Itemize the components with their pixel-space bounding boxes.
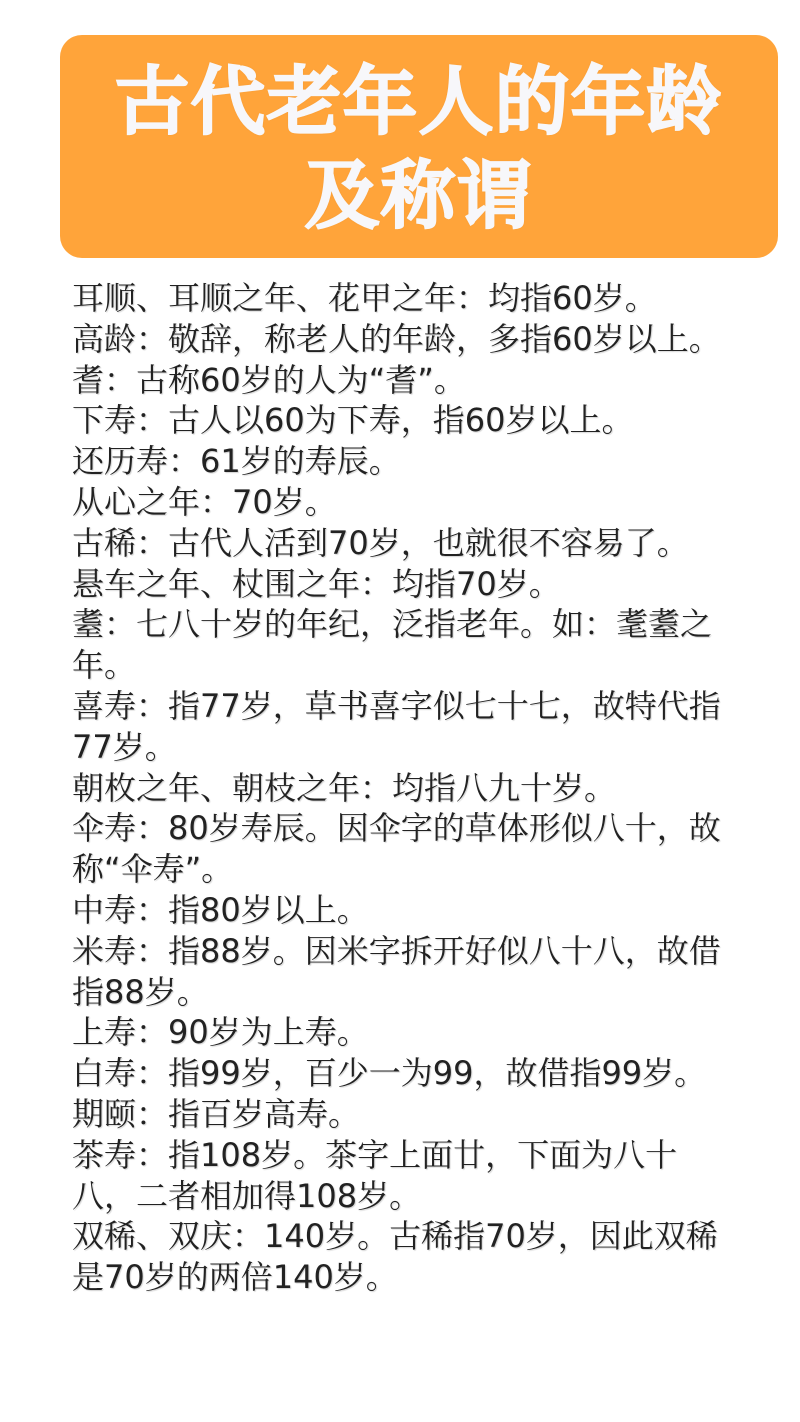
entry-xiShou: 喜寿：指77岁，草书喜字似七十七，故特代指77岁。 (72, 686, 732, 768)
entry-zhongShou: 中寿：指80岁以上。 (72, 890, 732, 931)
entry-congXin: 从心之年：70岁。 (72, 482, 732, 523)
entry-xiaShou: 下寿：古人以60为下寿，指60岁以上。 (72, 400, 732, 441)
title-line-2: 及称谓 (305, 149, 533, 243)
title-line-1: 古代老年人的年龄 (115, 55, 723, 149)
entry-sanShou: 伞寿：80岁寿辰。因伞字的草体形似八十，故称“伞寿”。 (72, 808, 732, 890)
entry-chaoMei: 朝枚之年、朝枝之年：均指八九十岁。 (72, 768, 732, 809)
entry-chaShou: 茶寿：指108岁。茶字上面廿，下面为八十八，二者相加得108岁。 (72, 1135, 732, 1217)
entry-huanLiShou: 还历寿：61岁的寿辰。 (72, 441, 732, 482)
entry-qiYi: 期颐：指百岁高寿。 (72, 1094, 732, 1135)
entry-baiShou: 白寿：指99岁，百少一为99，故借指99岁。 (72, 1053, 732, 1094)
entry-die: 耋：七八十岁的年纪，泛指老年。如：耄耋之年。 (72, 604, 732, 686)
entry-xuanChe: 悬车之年、杖围之年：均指70岁。 (72, 564, 732, 605)
entry-shangShou: 上寿：90岁为上寿。 (72, 1012, 732, 1053)
entry-guXi: 古稀：古代人活到70岁，也就很不容易了。 (72, 523, 732, 564)
entry-gaoLing: 高龄：敬辞，称老人的年龄，多指60岁以上。 (72, 319, 732, 360)
entry-miShou: 米寿：指88岁。因米字拆开好似八十八，故借指88岁。 (72, 931, 732, 1013)
entry-shuangXi: 双稀、双庆：140岁。古稀指70岁，因此双稀是70岁的两倍140岁。 (72, 1216, 732, 1298)
entry-60-erShun: 耳顺、耳顺之年、花甲之年：均指60岁。 (72, 278, 732, 319)
entries-list: 耳顺、耳顺之年、花甲之年：均指60岁。 高龄：敬辞，称老人的年龄，多指60岁以上… (72, 278, 732, 1298)
title-banner: 古代老年人的年龄 及称谓 (60, 35, 778, 258)
entry-qi: 耆：古称60岁的人为“耆”。 (72, 360, 732, 401)
